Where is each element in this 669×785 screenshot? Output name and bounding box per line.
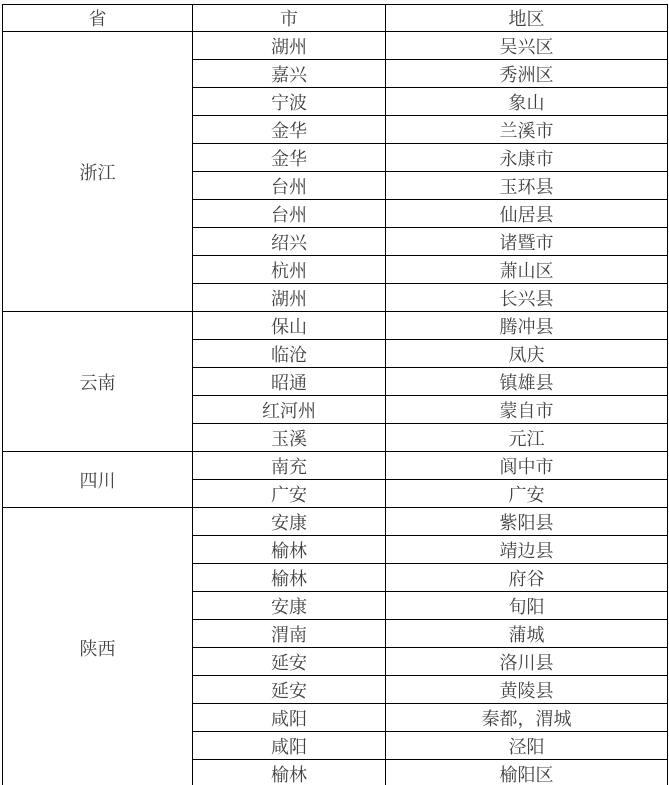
district-cell: 紫阳县	[386, 508, 668, 536]
table-body: 浙江湖州吴兴区嘉兴秀洲区宁波象山金华兰溪市金华永康市台州玉环县台州仙居县绍兴诸暨…	[3, 32, 668, 785]
table-row: 云南保山腾冲县	[3, 312, 668, 340]
district-cell: 吴兴区	[386, 32, 668, 60]
city-cell: 广安	[193, 480, 386, 508]
city-cell: 台州	[193, 200, 386, 228]
city-cell: 延安	[193, 648, 386, 676]
district-cell: 广安	[386, 480, 668, 508]
district-cell: 长兴县	[386, 284, 668, 312]
district-cell: 腾冲县	[386, 312, 668, 340]
district-cell: 秦都，渭城	[386, 704, 668, 732]
city-cell: 延安	[193, 676, 386, 704]
table-header: 省市地区	[3, 5, 668, 32]
district-cell: 蒲城	[386, 620, 668, 648]
city-cell: 台州	[193, 172, 386, 200]
district-cell: 阆中市	[386, 452, 668, 480]
district-cell: 玉环县	[386, 172, 668, 200]
district-cell: 凤庆	[386, 340, 668, 368]
page: 省市地区 浙江湖州吴兴区嘉兴秀洲区宁波象山金华兰溪市金华永康市台州玉环县台州仙居…	[0, 0, 669, 785]
city-cell: 安康	[193, 592, 386, 620]
province-cell: 浙江	[3, 32, 193, 312]
city-cell: 安康	[193, 508, 386, 536]
province-cell: 四川	[3, 452, 193, 508]
district-cell: 永康市	[386, 144, 668, 172]
district-cell: 旬阳	[386, 592, 668, 620]
city-cell: 红河州	[193, 396, 386, 424]
city-cell: 玉溪	[193, 424, 386, 452]
city-cell: 绍兴	[193, 228, 386, 256]
column-header-province: 省	[3, 5, 193, 32]
district-cell: 榆阳区	[386, 760, 668, 785]
city-cell: 湖州	[193, 32, 386, 60]
city-cell: 嘉兴	[193, 60, 386, 88]
city-cell: 金华	[193, 144, 386, 172]
city-cell: 杭州	[193, 256, 386, 284]
district-cell: 仙居县	[386, 200, 668, 228]
city-cell: 临沧	[193, 340, 386, 368]
district-cell: 萧山区	[386, 256, 668, 284]
province-cell: 陕西	[3, 508, 193, 785]
district-cell: 诸暨市	[386, 228, 668, 256]
district-cell: 秀洲区	[386, 60, 668, 88]
column-header-district: 地区	[386, 5, 668, 32]
city-cell: 渭南	[193, 620, 386, 648]
column-header-city: 市	[193, 5, 386, 32]
city-cell: 湖州	[193, 284, 386, 312]
city-cell: 保山	[193, 312, 386, 340]
district-cell: 靖边县	[386, 536, 668, 564]
province-cell: 云南	[3, 312, 193, 452]
city-cell: 昭通	[193, 368, 386, 396]
district-cell: 蒙自市	[386, 396, 668, 424]
city-cell: 榆林	[193, 564, 386, 592]
district-cell: 泾阳	[386, 732, 668, 760]
province-city-district-table: 省市地区 浙江湖州吴兴区嘉兴秀洲区宁波象山金华兰溪市金华永康市台州玉环县台州仙居…	[2, 4, 668, 785]
district-cell: 洛川县	[386, 648, 668, 676]
district-cell: 黄陵县	[386, 676, 668, 704]
city-cell: 榆林	[193, 536, 386, 564]
city-cell: 宁波	[193, 88, 386, 116]
table-row: 陕西安康紫阳县	[3, 508, 668, 536]
table-row: 四川南充阆中市	[3, 452, 668, 480]
city-cell: 南充	[193, 452, 386, 480]
city-cell: 咸阳	[193, 732, 386, 760]
district-cell: 镇雄县	[386, 368, 668, 396]
district-cell: 象山	[386, 88, 668, 116]
table-row: 浙江湖州吴兴区	[3, 32, 668, 60]
district-cell: 元江	[386, 424, 668, 452]
city-cell: 金华	[193, 116, 386, 144]
city-cell: 咸阳	[193, 704, 386, 732]
city-cell: 榆林	[193, 760, 386, 785]
district-cell: 府谷	[386, 564, 668, 592]
district-cell: 兰溪市	[386, 116, 668, 144]
header-row: 省市地区	[3, 5, 668, 32]
